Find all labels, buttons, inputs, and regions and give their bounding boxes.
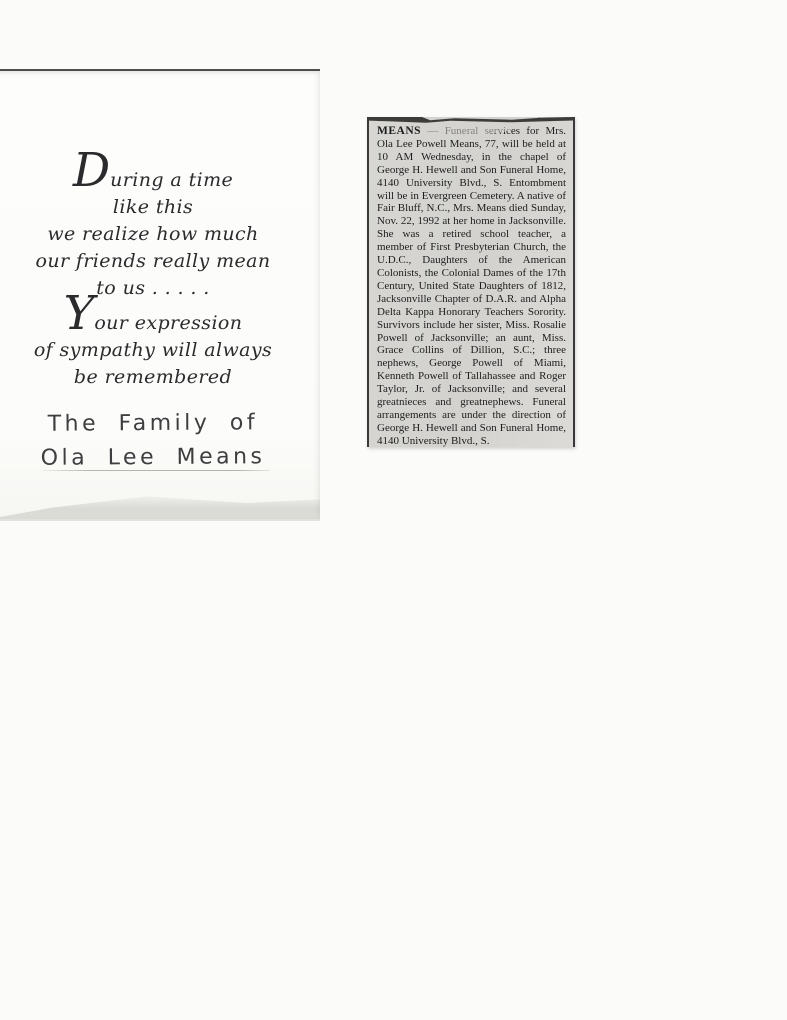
- obituary-clipping: MEANS — Funeral services for Mrs. Ola Le…: [367, 117, 575, 447]
- verse-line: of sympathy will always: [0, 337, 320, 364]
- handwritten-signature: The Family of Ola Lee Means: [0, 406, 320, 476]
- verse-line: like this: [0, 194, 320, 221]
- sympathy-card: During a time like this we realize how m…: [0, 69, 320, 519]
- scanned-page: { "page": { "background_color": "#fbfbf9…: [0, 0, 787, 1020]
- verse-line: we realize how much: [0, 221, 320, 248]
- card-bottom-fold-shadow: [0, 491, 320, 521]
- signature-underline-rule: [42, 470, 270, 471]
- obituary-text: MEANS — Funeral services for Mrs. Ola Le…: [369, 117, 573, 447]
- signature-line: The Family of: [0, 406, 320, 442]
- verse-line: to us . . . . .: [0, 275, 320, 302]
- verse-line: Your expression: [0, 310, 320, 337]
- verse-line: our friends really mean: [0, 248, 320, 275]
- obituary-body: Funeral services for Mrs. Ola Lee Powell…: [377, 125, 566, 434]
- sympathy-verse: During a time like this we realize how m…: [0, 167, 320, 391]
- obituary-underlined-address: 4140 University Blvd., S.: [377, 435, 489, 447]
- obituary-surname-header: MEANS: [377, 125, 421, 137]
- verse-line: be remembered: [0, 364, 320, 391]
- verse-line: During a time: [0, 167, 320, 194]
